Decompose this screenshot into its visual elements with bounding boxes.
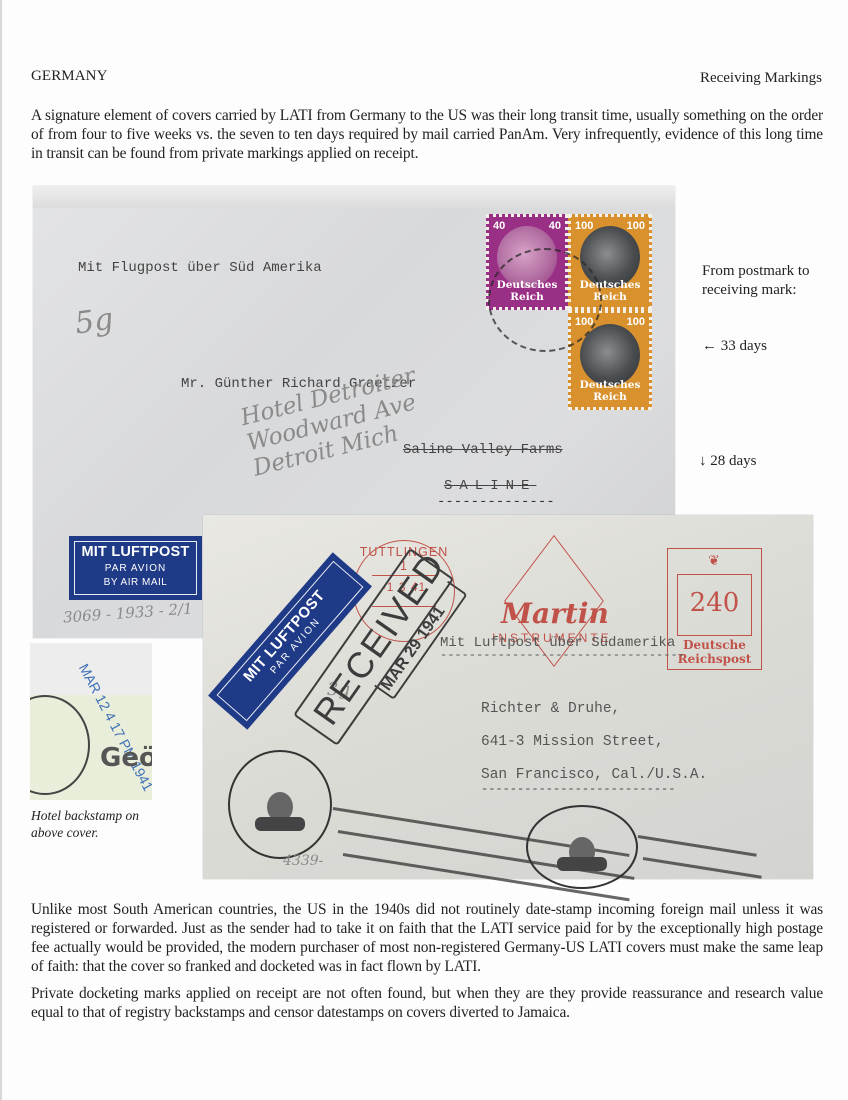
label-line-3: BY AIR MAIL — [69, 577, 202, 588]
meter-brand: Martin — [501, 597, 609, 630]
transit-note-cover-1: ← 33 days — [702, 338, 767, 355]
envelope-top-fold — [33, 186, 675, 208]
cover-1-pencil-note: 5g — [73, 302, 116, 342]
closing-paragraph-2: Private docketing marks applied on recei… — [31, 984, 823, 1022]
cover-2-envelope: TUTTLINGEN 1 -1 3 41 Martin INSTRUMENTE … — [203, 515, 813, 879]
closing-paragraph-1: Unlike most South American countries, th… — [31, 900, 823, 976]
label-line-1: MIT LUFTPOST — [69, 544, 202, 560]
cover-2-address-line-2: 641-3 Mission Street, — [481, 734, 664, 750]
intro-text: A signature element of covers carried by… — [31, 106, 823, 163]
inset-black-text: Geö — [100, 743, 152, 773]
stamp-value: 40 — [549, 220, 561, 232]
postmark-cancel-icon — [488, 248, 602, 352]
transit-note-title: From postmark to receiving mark: — [702, 262, 842, 300]
cover-2-address-line-3: San Francisco, Cal./U.S.A. — [481, 767, 707, 783]
stamp-value: 100 — [627, 220, 645, 232]
cover-1-airmail-label: MIT LUFTPOST PAR AVION BY AIR MAIL — [69, 536, 202, 600]
machine-cancel-line — [643, 857, 762, 879]
page-country-heading: GERMANY — [31, 68, 108, 85]
cover-1-docket-note: 3069 - 1933 - 2/1 — [63, 599, 194, 626]
censor-mark-icon — [228, 750, 332, 859]
inset-caption: Hotel backstamp on above cover. — [31, 807, 171, 841]
censor-eagle-icon — [557, 857, 607, 871]
cover-1-struck-city: SALINE — [444, 478, 536, 494]
stamp-value: 100 — [575, 220, 593, 232]
closing-text: Unlike most South American countries, th… — [31, 900, 823, 1030]
cover-2-address-dash: --------------------------- — [481, 782, 675, 796]
intro-paragraph: A signature element of covers carried by… — [31, 106, 823, 163]
meter-value-box: 240 — [677, 574, 752, 636]
stamp-caption: Deutsches Reich — [571, 379, 649, 403]
stamp-value: 40 — [493, 220, 505, 232]
cover-2-address-line-1: Richter & Druhe, — [481, 701, 620, 717]
cover-1-route-line: Mit Flugpost über Süd Amerika — [78, 260, 322, 276]
machine-cancel-line — [638, 835, 757, 857]
cover-2-docket-note: 4339- — [283, 853, 323, 869]
censor-mark-icon — [526, 805, 638, 889]
reichsadler-eagle-icon: ❦ — [678, 553, 750, 571]
stamp-value: 100 — [627, 316, 645, 328]
transit-note-cover-2: ↓ 28 days — [699, 453, 757, 470]
cover-1-dash-line: -------------- — [437, 494, 555, 510]
label-line-2: PAR AVION — [69, 563, 202, 574]
page-edge — [0, 0, 2, 1100]
censor-eagle-icon — [255, 817, 305, 831]
meter-value: 240 — [678, 588, 751, 618]
page-section-heading: Receiving Markings — [700, 70, 822, 87]
cover-2-dash-line: ---------------------------------- — [440, 648, 685, 662]
hindenburg-portrait-icon — [580, 324, 640, 386]
cover-1-struck-street: Saline Valley Farms — [403, 442, 563, 458]
hotel-backstamp-inset: MAR 12 4 17 PM 1941 Geö — [30, 643, 152, 800]
